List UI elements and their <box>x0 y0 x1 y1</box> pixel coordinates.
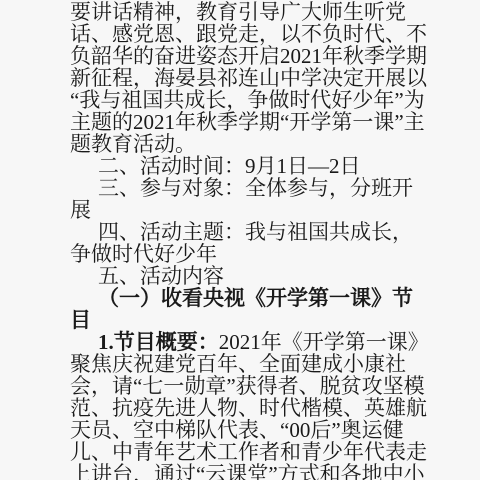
text-run: 上讲台，通过“云课堂”方式和各地中小 <box>70 462 425 480</box>
text-run: 负韶华的奋进姿态开启2021年秋季学期 <box>70 44 427 68</box>
text-line: 1.节目概要：2021年《开学第一课》 <box>70 331 414 353</box>
text-line: 负韶华的奋进姿态开启2021年秋季学期 <box>70 45 414 67</box>
text-run: 二、活动时间：9月1日—2日 <box>98 154 361 178</box>
text-line: 目 <box>70 309 414 331</box>
text-run: 争做时代好少年 <box>70 242 217 266</box>
text-line: 话、感党恩、跟党走，以不负时代、不 <box>70 23 414 45</box>
text-run: 四、活动主题：我与祖国共成长， <box>98 220 413 244</box>
text-line: 儿、中青年艺术工作者和青少年代表走 <box>70 441 414 463</box>
bold-text-run: 目 <box>70 308 91 332</box>
para-activity-time: 二、活动时间：9月1日—2日 <box>70 155 414 177</box>
text-line: 题教育活动。 <box>70 133 414 155</box>
text-line: 范、抗疫先进人物、时代楷模、英雄航 <box>70 397 414 419</box>
para-program-summary: 1.节目概要：2021年《开学第一课》聚焦庆祝建党百年、全面建成小康社会，请“七… <box>70 331 414 480</box>
text-run: 展 <box>70 198 91 222</box>
para-participants: 三、参与对象：全体参与，分班开展 <box>70 177 414 221</box>
bold-text-run: 1.节目概要： <box>98 330 219 354</box>
text-line: （一）收看央视《开学第一课》节 <box>70 287 414 309</box>
text-run: 聚焦庆祝建党百年、全面建成小康社 <box>70 352 406 376</box>
bold-text-run: （一）收看央视《开学第一课》节 <box>98 286 413 310</box>
text-line: 三、参与对象：全体参与，分班开 <box>70 177 414 199</box>
text-run: 2021年《开学第一课》 <box>219 330 429 354</box>
text-run: 新征程，海晏县祁连山中学决定开展以 <box>70 66 427 90</box>
para-section-one-heading: （一）收看央视《开学第一课》节目 <box>70 287 414 331</box>
text-line: 要讲话精神，教育引导广大师生听党 <box>70 1 414 23</box>
text-run: 题教育活动。 <box>70 132 196 156</box>
text-line: 新征程，海晏县祁连山中学决定开展以 <box>70 67 414 89</box>
text-line: 主题的2021年秋季学期“开学第一课”主 <box>70 111 414 133</box>
document-text: 要讲话精神，教育引导广大师生听党话、感党恩、跟党走，以不负时代、不负韶华的奋进姿… <box>70 1 414 480</box>
para-activity-theme: 四、活动主题：我与祖国共成长，争做时代好少年 <box>70 221 414 265</box>
text-line: 二、活动时间：9月1日—2日 <box>70 155 414 177</box>
text-run: 范、抗疫先进人物、时代楷模、英雄航 <box>70 396 427 420</box>
text-run: “我与祖国共成长，争做时代好少年”为 <box>70 88 425 112</box>
text-run: 儿、中青年艺术工作者和青少年代表走 <box>70 440 427 464</box>
text-line: 四、活动主题：我与祖国共成长， <box>70 221 414 243</box>
para-activity-content: 五、活动内容 <box>70 265 414 287</box>
text-run: 话、感党恩、跟党走，以不负时代、不 <box>70 22 427 46</box>
text-line: 聚焦庆祝建党百年、全面建成小康社 <box>70 353 414 375</box>
text-run: 天员、空中梯队代表、“00后”奥运健 <box>70 418 404 442</box>
text-run: 会，请“七一勋章”获得者、脱贫攻坚模 <box>70 374 425 398</box>
para-opening-continuation: 要讲话精神，教育引导广大师生听党话、感党恩、跟党走，以不负时代、不负韶华的奋进姿… <box>70 1 414 155</box>
text-line: 五、活动内容 <box>70 265 414 287</box>
document-page: 要讲话精神，教育引导广大师生听党话、感党恩、跟党走，以不负时代、不负韶华的奋进姿… <box>0 0 480 480</box>
text-run: 主题的2021年秋季学期“开学第一课”主 <box>70 110 425 134</box>
text-line: 争做时代好少年 <box>70 243 414 265</box>
text-line: 会，请“七一勋章”获得者、脱贫攻坚模 <box>70 375 414 397</box>
text-line: 上讲台，通过“云课堂”方式和各地中小 <box>70 463 414 480</box>
text-line: 天员、空中梯队代表、“00后”奥运健 <box>70 419 414 441</box>
text-run: 五、活动内容 <box>98 264 224 288</box>
text-run: 三、参与对象：全体参与，分班开 <box>98 176 413 200</box>
text-run: 要讲话精神，教育引导广大师生听党 <box>70 0 406 24</box>
text-line: “我与祖国共成长，争做时代好少年”为 <box>70 89 414 111</box>
text-line: 展 <box>70 199 414 221</box>
